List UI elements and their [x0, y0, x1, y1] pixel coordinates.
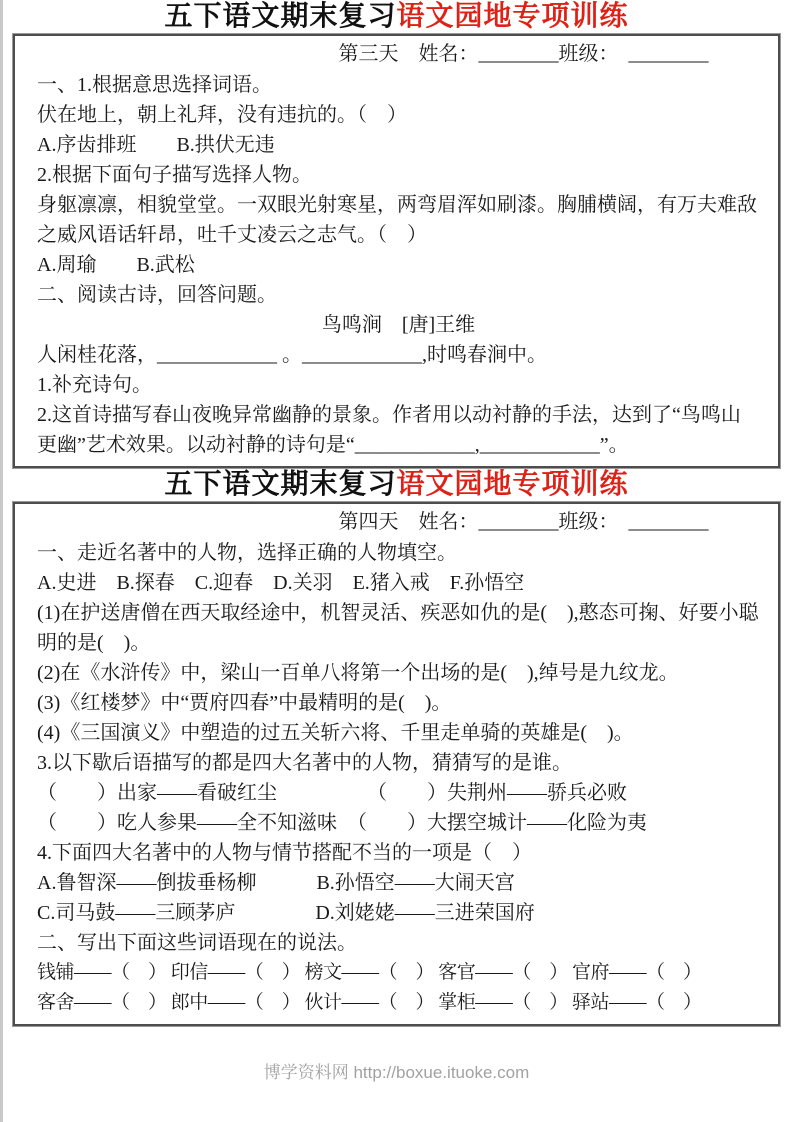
watermark-text: 博学资料网 http://boxue.ituoke.com — [0, 1058, 793, 1083]
riddle-line: （ ）出家——看破红尘 （ ）失荆州——骄兵必败 — [37, 778, 760, 808]
scan-page-edge — [0, 0, 3, 1122]
worksheet-line: 2.这首诗描写春山夜晚异常幽静的景象。作者用以动衬静的手法，达到了“鸟鸣山更幽”… — [37, 400, 760, 460]
worksheet-line: (3)《红楼梦》中“贾府四春”中最精明的是( )。 — [37, 688, 760, 718]
worksheet-box-day3: 第三天 姓名：________班级： ________ 一、1.根据意思选择词语… — [13, 34, 780, 468]
worksheet-line: 一、1.根据意思选择词语。 — [37, 70, 760, 100]
worksheet-box-day4: 第四天 姓名：________班级： ________ 一、走近名著中的人物，选… — [13, 502, 780, 1026]
title-red-part: 语文园地专项训练 — [397, 469, 629, 500]
worksheet-line: 4.下面四大名著中的人物与情节搭配不当的一项是（ ） — [37, 838, 760, 868]
title-red-part: 语文园地专项训练 — [397, 1, 629, 32]
word-match-line: 客舍——（ ） 郎中——（ ） 伙计——（ ） 掌柜——（ ） 驿站——（ ） — [37, 988, 760, 1018]
worksheet-line: A.史进 B.探春 C.迎春 D.关羽 E.猪入戒 F.孙悟空 — [37, 568, 760, 598]
title-black-part: 五下语文期末复习 — [164, 1, 396, 32]
worksheet-line: 1.补充诗句。 — [37, 370, 760, 400]
worksheet-line: 二、阅读古诗，回答问题。 — [37, 280, 760, 310]
worksheet-line: 3.以下歇后语描写的都是四大名著中的人物，猜猜写的是谁。 — [37, 748, 760, 778]
worksheet-line: (1)在护送唐僧在西天取经途中，机智灵活、疾恶如仇的是( ),憨态可掬、好要小聪… — [37, 598, 760, 658]
worksheet-line: (4)《三国演义》中塑造的过五关斩六将、千里走单骑的英雄是( )。 — [37, 718, 760, 748]
poem-fill-blank-line: 人闲桂花落，____________ 。____________,时鸣春涧中。 — [37, 340, 760, 370]
worksheet-line: A.周瑜 B.武松 — [37, 250, 760, 280]
worksheet-line: A.序齿排班 B.拱伏无违 — [37, 130, 760, 160]
option-line: A.鲁智深——倒拔垂杨柳 B.孙悟空——大闹天宫 — [37, 868, 760, 898]
page-title-day4: 五下语文期末复习语文园地专项训练 — [0, 468, 793, 502]
worksheet-line: 伏在地上，朝上礼拜，没有违抗的。（ ） — [37, 100, 760, 130]
riddle-line: （ ）吃人参果——全不知滋味 （ ）大摆空城计——化险为夷 — [37, 808, 760, 838]
worksheet-line: 一、走近名著中的人物，选择正确的人物填空。 — [37, 538, 760, 568]
word-match-line: 钱铺——（ ） 印信——（ ） 榜文——（ ） 客官——（ ） 官府——（ ） — [37, 958, 760, 988]
worksheet-line: (2)在《水浒传》中，梁山一百单八将第一个出场的是( ),绰号是九纹龙。 — [37, 658, 760, 688]
day3-header-line: 第三天 姓名：________班级： ________ — [37, 39, 760, 70]
worksheet-line: 2.根据下面句子描写选择人物。 — [37, 160, 760, 190]
poem-title-line: 鸟鸣涧 [唐]王维 — [37, 310, 760, 340]
title-black-part: 五下语文期末复习 — [164, 469, 396, 500]
day4-header-line: 第四天 姓名：________班级： ________ — [37, 507, 760, 538]
option-line: C.司马鼓——三顾茅庐 D.刘姥姥——三进荣国府 — [37, 898, 760, 928]
worksheet-line: 二、写出下面这些词语现在的说法。 — [37, 928, 760, 958]
worksheet-line: 身躯凛凛，相貌堂堂。一双眼光射寒星，两弯眉浑如刷漆。胸脯横阔，有万夫难敌之威风语… — [37, 190, 760, 250]
page-title-day3: 五下语文期末复习语文园地专项训练 — [0, 0, 793, 34]
